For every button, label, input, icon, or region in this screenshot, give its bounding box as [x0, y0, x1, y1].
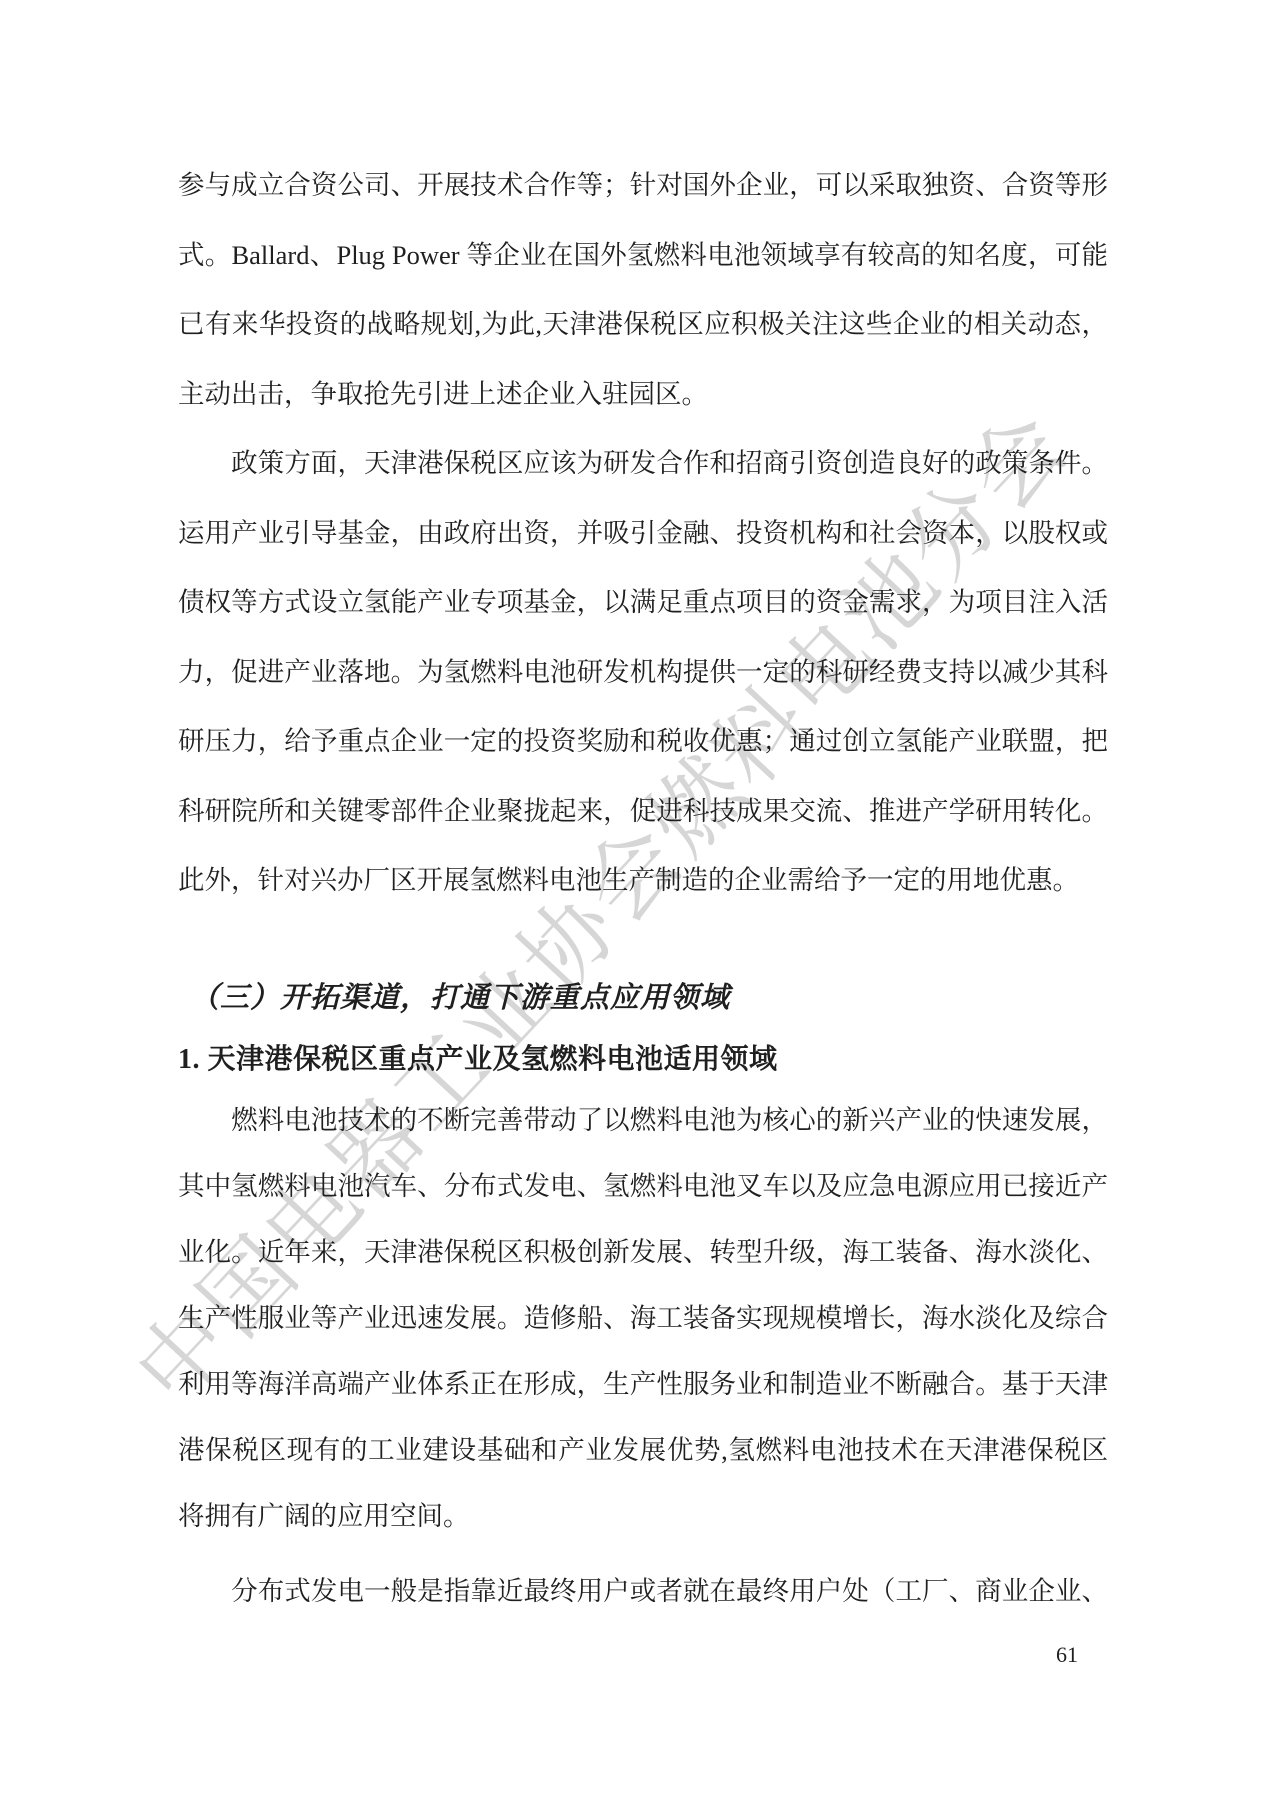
text-line: 式。Ballard、Plug Power 等企业在国外氢燃料电池领域享有较高的知… — [178, 221, 1108, 291]
text-line: 政策方面，天津港保税区应该为研发合作和招商引资创造良好的政策条件。 — [178, 429, 1108, 499]
text-line: 已有来华投资的战略规划,为此,天津港保税区应积极关注这些企业的相关动态， — [178, 290, 1108, 360]
paragraph-3: 燃料电池技术的不断完善带动了以燃料电池为核心的新兴产业的快速发展， 其中氢燃料电… — [178, 1087, 1108, 1549]
text-line: 参与成立合资公司、开展技术合作等；针对国外企业，可以采取独资、合资等形 — [178, 151, 1108, 221]
paragraph-2: 政策方面，天津港保税区应该为研发合作和招商引资创造良好的政策条件。 运用产业引导… — [178, 429, 1108, 916]
text-line: 将拥有广阔的应用空间。 — [178, 1483, 1108, 1549]
text-line: 利用等海洋高端产业体系正在形成，生产性服务业和制造业不断融合。基于天津 — [178, 1351, 1108, 1417]
text-line: 港保税区现有的工业建设基础和产业发展优势,氢燃料电池技术在天津港保税区 — [178, 1417, 1108, 1483]
text-line: 主动出击，争取抢先引进上述企业入驻园区。 — [178, 360, 1108, 430]
text-line: 分布式发电一般是指靠近最终用户或者就在最终用户处（工厂、商业企业、 — [178, 1558, 1108, 1624]
text-line: 此外，针对兴办厂区开展氢燃料电池生产制造的企业需给予一定的用地优惠。 — [178, 846, 1108, 916]
document-page: 中国电器工业协会燃料电池分会 参与成立合资公司、开展技术合作等；针对国外企业，可… — [0, 0, 1273, 1800]
text-line: 生产性服业等产业迅速发展。造修船、海工装备实现规模增长，海水淡化及综合 — [178, 1285, 1108, 1351]
paragraph-4: 分布式发电一般是指靠近最终用户或者就在最终用户处（工厂、商业企业、 — [178, 1558, 1108, 1624]
text-line: 研压力，给予重点企业一定的投资奖励和税收优惠；通过创立氢能产业联盟，把 — [178, 707, 1108, 777]
text-line: 其中氢燃料电池汽车、分布式发电、氢燃料电池叉车以及应急电源应用已接近产 — [178, 1153, 1108, 1219]
section-heading: （三）开拓渠道，打通下游重点应用领域 — [178, 968, 1120, 1028]
paragraph-1: 参与成立合资公司、开展技术合作等；针对国外企业，可以采取独资、合资等形 式。Ba… — [178, 151, 1108, 429]
text-line: 力，促进产业落地。为氢燃料电池研发机构提供一定的科研经费支持以减少其科 — [178, 638, 1108, 708]
text-line: 燃料电池技术的不断完善带动了以燃料电池为核心的新兴产业的快速发展， — [178, 1087, 1108, 1153]
text-line: 业化。近年来，天津港保税区积极创新发展、转型升级，海工装备、海水淡化、 — [178, 1219, 1108, 1285]
subsection-heading: 1. 天津港保税区重点产业及氢燃料电池适用领域 — [178, 1030, 1108, 1090]
text-line: 债权等方式设立氢能产业专项基金，以满足重点项目的资金需求，为项目注入活 — [178, 568, 1108, 638]
page-number: 61 — [1056, 1642, 1078, 1668]
text-line: 运用产业引导基金，由政府出资，并吸引金融、投资机构和社会资本，以股权或 — [178, 499, 1108, 569]
text-line: 科研院所和关键零部件企业聚拢起来，促进科技成果交流、推进产学研用转化。 — [178, 777, 1108, 847]
